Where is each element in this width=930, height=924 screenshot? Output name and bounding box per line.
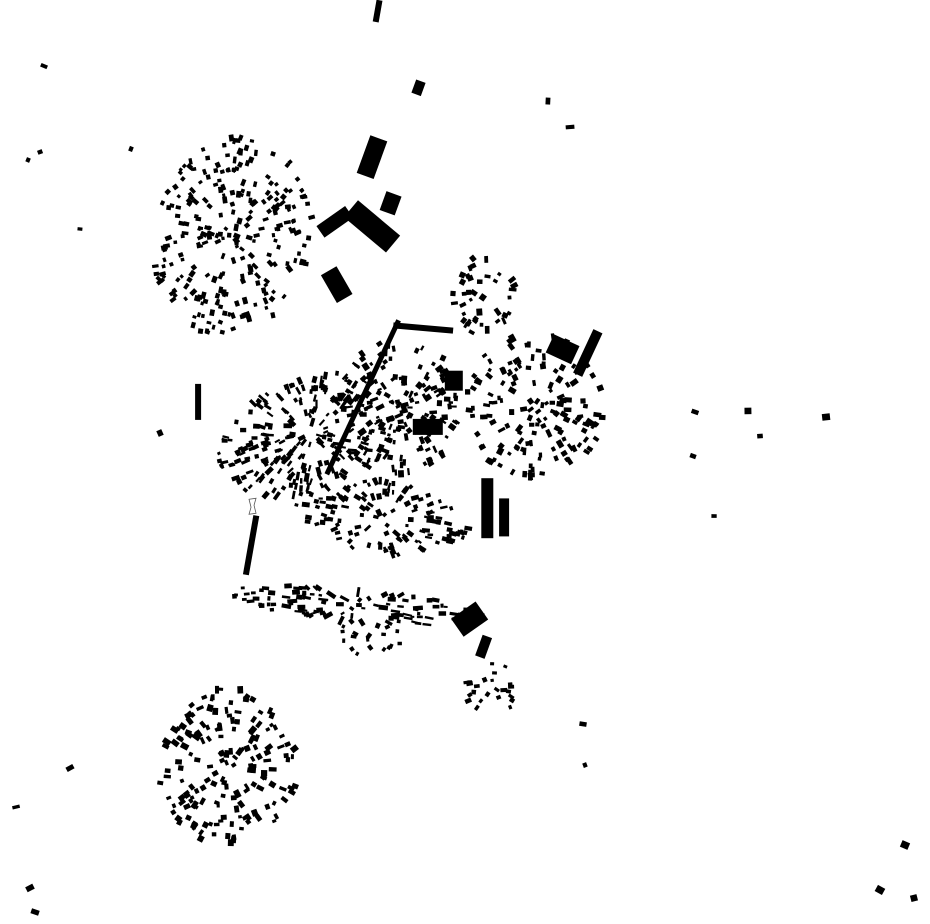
building-footprint: [531, 431, 536, 436]
building-footprint: [315, 400, 317, 408]
building-footprint: [319, 498, 323, 500]
building-footprint: [393, 440, 396, 445]
west-edge-block: [195, 384, 201, 420]
building-footprint: [201, 314, 205, 318]
building-footprint: [213, 168, 218, 173]
building-footprint: [300, 478, 302, 484]
building-footprint: [411, 595, 415, 600]
building-footprint: [528, 474, 533, 480]
building-footprint: [529, 463, 533, 468]
building-footprint: [165, 768, 171, 773]
building-footprint: [326, 505, 333, 508]
building-footprint: [164, 775, 171, 779]
building-footprint: [198, 227, 203, 230]
building-footprint: [356, 603, 362, 607]
building-footprint: [286, 757, 291, 762]
building-footprint: [398, 470, 404, 477]
building-footprint: [253, 597, 260, 601]
building-footprint: [229, 748, 233, 755]
building-footprint: [288, 602, 293, 605]
building-footprint: [291, 754, 294, 759]
building-footprint: [500, 398, 504, 403]
building-footprint: [337, 392, 344, 397]
building-footprint: [326, 496, 332, 501]
building-footprint: [378, 605, 388, 611]
building-footprint: [254, 150, 258, 157]
building-footprint: [232, 727, 236, 732]
outlying-building: [566, 125, 575, 130]
building-footprint: [231, 168, 236, 172]
building-footprint: [599, 415, 606, 420]
building-footprint: [299, 485, 303, 492]
building-footprint: [222, 310, 228, 316]
building-footprint: [477, 279, 483, 284]
building-footprints-layer: [0, 0, 930, 924]
building-footprint: [218, 735, 223, 738]
building-footprint: [218, 688, 223, 691]
building-footprint: [462, 292, 467, 296]
building-footprint: [221, 236, 225, 240]
building-footprint: [444, 606, 448, 608]
building-footprint: [232, 834, 237, 840]
building-footprint: [284, 583, 292, 588]
building-footprint: [436, 519, 442, 525]
building-footprint: [335, 371, 339, 376]
building-footprint: [259, 588, 264, 592]
outlying-building: [744, 408, 751, 415]
building-footprint: [524, 342, 529, 347]
building-footprint: [235, 719, 240, 725]
building-footprint: [564, 407, 572, 412]
building-footprint: [212, 832, 217, 836]
building-footprint: [311, 386, 316, 392]
building-footprint: [219, 213, 223, 218]
building-footprint: [205, 156, 210, 161]
building-footprint: [492, 671, 497, 674]
outlying-building: [757, 434, 763, 439]
building-footprint: [426, 518, 433, 524]
building-footprint: [360, 412, 367, 417]
building-footprint: [490, 679, 494, 682]
building-footprint: [298, 608, 304, 613]
building-footprint: [539, 453, 542, 458]
building-footprint: [212, 708, 218, 715]
building-footprint: [489, 401, 492, 404]
building-footprint: [272, 233, 276, 237]
building-footprint: [244, 592, 250, 595]
building-footprint: [252, 239, 256, 243]
building-footprint: [261, 770, 267, 776]
building-footprint: [302, 502, 310, 508]
building-footprint: [407, 406, 412, 408]
building-footprint: [153, 272, 159, 276]
building-footprint: [408, 517, 414, 522]
building-footprint: [173, 240, 177, 244]
building-footprint: [178, 765, 184, 771]
building-footprint: [529, 423, 534, 427]
building-footprint: [395, 629, 399, 633]
building-footprint: [270, 608, 274, 612]
building-footprint: [427, 598, 433, 603]
building-footprint: [427, 533, 433, 536]
building-footprint: [225, 153, 230, 157]
outlying-building: [545, 97, 550, 104]
building-footprint: [297, 251, 301, 256]
building-footprint: [305, 520, 311, 525]
building-footprint: [539, 471, 545, 476]
building-footprint: [254, 454, 259, 459]
building-footprint: [253, 424, 260, 429]
building-footprint: [225, 833, 230, 839]
building-footprint: [417, 612, 420, 615]
building-footprint: [484, 256, 488, 263]
building-footprint: [450, 291, 456, 297]
building-footprint: [285, 204, 291, 209]
building-footprint: [360, 513, 364, 517]
long-hall-east-1: [481, 478, 493, 538]
building-footprint: [230, 717, 235, 724]
figure-ground-map: [0, 0, 930, 924]
building-footprint: [298, 586, 306, 590]
building-footprint: [474, 684, 480, 688]
building-footprint: [485, 326, 490, 334]
building-footprint: [389, 356, 393, 360]
building-footprint: [471, 690, 476, 695]
building-footprint: [336, 602, 344, 606]
building-footprint: [397, 419, 403, 424]
building-footprint: [531, 354, 535, 361]
building-footprint: [388, 616, 393, 621]
building-footprint: [388, 597, 396, 602]
building-footprint: [310, 593, 315, 596]
map-background: [0, 0, 930, 924]
building-footprint: [491, 401, 497, 405]
long-hall-east-2: [499, 498, 509, 536]
building-footprint: [232, 594, 237, 599]
building-footprint: [221, 815, 227, 820]
building-footprint: [227, 233, 232, 238]
building-footprint: [583, 404, 588, 409]
building-footprint: [550, 401, 555, 405]
building-footprint: [251, 436, 257, 439]
building-footprint: [471, 406, 475, 411]
building-footprint: [247, 767, 252, 773]
building-footprint: [217, 179, 222, 183]
building-footprint: [276, 226, 280, 231]
building-footprint: [444, 397, 451, 402]
building-footprint: [222, 143, 227, 148]
building-footprint: [437, 400, 442, 406]
building-footprint: [267, 596, 270, 601]
building-footprint: [417, 615, 423, 618]
building-footprint: [268, 590, 276, 595]
building-footprint: [507, 295, 511, 299]
building-footprint: [238, 815, 242, 819]
building-footprint: [240, 428, 246, 432]
building-footprint: [463, 681, 468, 685]
building-footprint: [239, 827, 244, 831]
building-footprint: [267, 602, 271, 606]
school-complex: [413, 419, 443, 435]
building-footprint: [538, 457, 542, 461]
building-footprint: [175, 214, 181, 219]
building-footprint: [175, 759, 182, 765]
building-footprint: [476, 308, 482, 315]
building-footprint: [347, 394, 351, 398]
building-footprint: [292, 218, 296, 222]
building-footprint: [540, 363, 546, 369]
outlying-building: [711, 514, 716, 518]
building-footprint: [453, 393, 457, 399]
building-footprint: [305, 201, 310, 206]
building-footprint: [228, 439, 233, 442]
building-footprint: [381, 633, 386, 637]
building-footprint: [198, 328, 204, 334]
building-footprint: [222, 196, 228, 203]
outlying-building: [77, 227, 82, 231]
building-footprint: [218, 186, 223, 193]
building-footprint: [440, 603, 443, 607]
building-footprint: [433, 605, 440, 609]
building-footprint: [214, 823, 220, 827]
building-footprint: [248, 409, 253, 414]
building-footprint: [237, 686, 243, 694]
building-footprint: [357, 436, 361, 440]
building-footprint: [379, 477, 382, 485]
building-footprint: [242, 598, 247, 601]
building-footprint: [397, 619, 401, 623]
building-footprint: [229, 700, 234, 705]
building-footprint: [240, 274, 245, 280]
building-footprint: [251, 591, 256, 594]
building-footprint: [506, 689, 511, 693]
building-footprint: [269, 767, 277, 772]
building-footprint: [439, 611, 447, 615]
building-footprint: [394, 469, 397, 475]
building-footprint: [221, 793, 226, 798]
church: [445, 371, 463, 391]
building-footprint: [542, 353, 546, 360]
building-footprint: [508, 682, 513, 686]
building-footprint: [397, 642, 401, 646]
building-footprint: [253, 302, 257, 306]
building-footprint: [526, 365, 532, 370]
building-footprint: [367, 401, 373, 405]
building-footprint: [241, 586, 245, 589]
building-footprint: [447, 403, 452, 409]
building-footprint: [480, 323, 484, 327]
building-footprint: [340, 630, 344, 634]
building-footprint: [393, 430, 396, 433]
building-footprint: [490, 662, 494, 665]
building-footprint: [180, 258, 184, 262]
building-footprint: [230, 839, 235, 843]
building-footprint: [230, 821, 234, 827]
building-footprint: [447, 534, 452, 539]
building-footprint: [429, 410, 437, 414]
building-footprint: [258, 603, 262, 607]
building-footprint: [292, 589, 300, 594]
building-footprint: [392, 374, 398, 380]
outlying-building: [822, 413, 831, 420]
building-footprint: [234, 805, 240, 813]
building-footprint: [392, 490, 394, 495]
building-footprint: [564, 397, 572, 402]
building-footprint: [509, 409, 514, 415]
building-footprint: [246, 191, 251, 197]
building-footprint: [234, 419, 239, 424]
building-footprint: [535, 422, 539, 426]
building-footprint: [385, 492, 390, 497]
building-footprint: [361, 607, 365, 609]
building-footprint: [465, 389, 470, 394]
building-footprint: [413, 606, 423, 611]
building-footprint: [268, 434, 274, 437]
building-footprint: [392, 481, 396, 486]
building-footprint: [470, 414, 475, 418]
building-footprint: [400, 462, 403, 468]
building-footprint: [224, 753, 230, 758]
building-footprint: [335, 419, 340, 424]
building-footprint: [271, 603, 276, 607]
building-footprint: [306, 235, 311, 240]
building-footprint: [480, 414, 488, 419]
building-footprint: [522, 471, 527, 478]
building-footprint: [342, 638, 345, 642]
building-footprint: [580, 398, 585, 403]
building-footprint: [405, 524, 408, 527]
building-footprint: [324, 517, 330, 521]
building-footprint: [231, 795, 237, 800]
building-footprint: [166, 205, 171, 210]
